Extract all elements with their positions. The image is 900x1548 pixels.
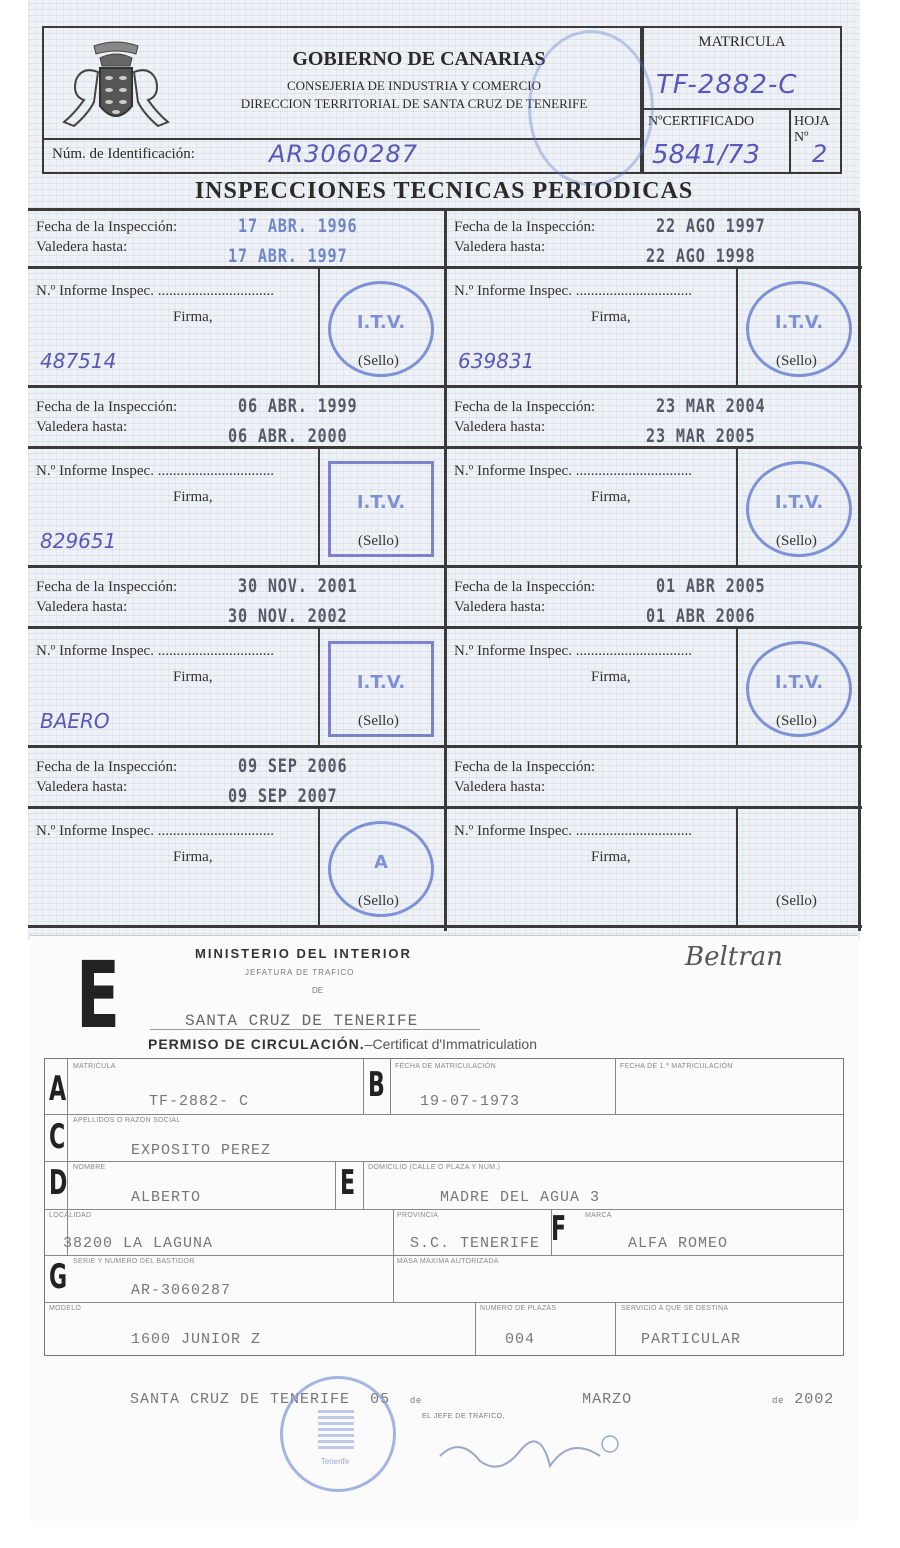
valedera-label: Valedera hasta: xyxy=(36,779,127,796)
divider xyxy=(615,1302,616,1355)
divider xyxy=(67,1059,68,1255)
inspection-dates-row: Fecha de la Inspección: Valedera hasta: … xyxy=(28,751,444,809)
inspection-date: 09 SEP 2006 xyxy=(238,755,347,777)
informe-label: N.º Informe Inspec. ....................… xyxy=(454,283,692,300)
blue-seal-icon xyxy=(528,30,654,186)
informe-label: N.º Informe Inspec. ....................… xyxy=(36,823,274,840)
valedera-label: Valedera hasta: xyxy=(36,419,127,436)
field-value-localidad: 38200 LA LAGUNA xyxy=(63,1235,213,1252)
firma-label: Firma, xyxy=(591,309,631,326)
field-value-provincia: S.C. TENERIFE xyxy=(410,1235,540,1252)
seal-text: Tenerife xyxy=(283,1457,387,1466)
report-number: 639831 xyxy=(458,349,534,373)
divider xyxy=(318,629,320,745)
vehicle-data-table: A B C D E F G MATRICULA FECHA DE MATRICU… xyxy=(44,1058,844,1356)
permiso-circulacion-card: E MINISTERIO DEL INTERIOR JEFATURA DE TR… xyxy=(30,935,858,1521)
matricula-label: MATRICULA xyxy=(644,34,840,51)
informe-label: N.º Informe Inspec. ....................… xyxy=(36,643,274,660)
divider xyxy=(736,809,738,925)
itv-stamp-icon: I.T.V. xyxy=(328,461,434,557)
divider xyxy=(318,449,320,565)
field-label-plazas: NUMERO DE PLAZAS xyxy=(480,1305,556,1312)
category-letter: E xyxy=(76,942,120,1049)
fecha-label: Fecha de la Inspección: xyxy=(36,579,177,596)
sello-label: (Sello) xyxy=(776,893,817,910)
row-letter-g: G xyxy=(49,1257,67,1297)
report-number: 829651 xyxy=(40,529,116,553)
stamp-text: I.T.V. xyxy=(331,672,431,693)
de-label: DE xyxy=(312,986,323,995)
field-value-nombre: ALBERTO xyxy=(131,1189,201,1206)
informe-label: N.º Informe Inspec. ....................… xyxy=(454,823,692,840)
divider xyxy=(393,1209,394,1302)
valedera-label: Valedera hasta: xyxy=(454,779,545,796)
stamp-text: I.T.V. xyxy=(331,312,431,333)
fecha-label: Fecha de la Inspección: xyxy=(36,219,177,236)
jefatura-label: JEFATURA DE TRAFICO xyxy=(245,968,354,977)
inspection-dates-row: Fecha de la Inspección: Valedera hasta: … xyxy=(446,211,862,269)
field-value-fecha-matriculacion: 19-07-1973 xyxy=(420,1093,520,1110)
divider xyxy=(615,1059,616,1114)
row-letter-a: A xyxy=(49,1069,66,1109)
informe-label: N.º Informe Inspec. ....................… xyxy=(36,463,274,480)
firma-label: Firma, xyxy=(591,489,631,506)
field-label-masa: MASA MAXIMA AUTORIZADA xyxy=(397,1258,499,1265)
firma-label: Firma, xyxy=(591,669,631,686)
field-value-marca: ALFA ROMEO xyxy=(628,1235,728,1252)
divider xyxy=(45,1302,843,1303)
issue-year: 2002 xyxy=(794,1391,834,1408)
field-label-localidad: LOCALIDAD xyxy=(49,1212,91,1219)
trafico-seal-icon: Tenerife xyxy=(280,1376,396,1492)
informe-label: N.º Informe Inspec. ....................… xyxy=(36,283,274,300)
row-letter-e: E xyxy=(340,1163,355,1203)
field-label-modelo: MODELO xyxy=(49,1305,81,1312)
row-letter-b: B xyxy=(368,1065,385,1105)
fecha-label: Fecha de la Inspección: xyxy=(454,579,595,596)
field-label-bastidor: SERIE Y NUMERO DEL BASTIDOR xyxy=(73,1258,195,1265)
divider xyxy=(45,1114,843,1115)
inspection-date: 01 ABR 2005 xyxy=(656,575,765,597)
valid-until-date: 06 ABR. 2000 xyxy=(228,425,347,447)
valedera-label: Valedera hasta: xyxy=(36,239,127,256)
row-letter-c: C xyxy=(49,1117,65,1157)
inspection-date: 22 AGO 1997 xyxy=(656,215,765,237)
id-label: Núm. de Identificación: xyxy=(52,146,195,163)
underline xyxy=(150,1029,480,1030)
valid-until-date: 22 AGO 1998 xyxy=(646,245,755,267)
itv-inspection-card: GOBIERNO DE CANARIAS CONSEJERIA DE INDUS… xyxy=(28,0,860,940)
fecha-label: Fecha de la Inspección: xyxy=(36,759,177,776)
divider xyxy=(318,269,320,385)
stamp-text: A xyxy=(331,852,431,873)
field-label-apellidos: APELLIDOS O RAZON SOCIAL xyxy=(73,1117,181,1124)
row-letter-d: D xyxy=(49,1163,67,1203)
informe-label: N.º Informe Inspec. ....................… xyxy=(454,463,692,480)
divider xyxy=(363,1161,364,1209)
firma-label: Firma, xyxy=(173,849,213,866)
divider xyxy=(45,1255,843,1256)
de-label: de xyxy=(410,1395,422,1405)
itv-stamp-icon: A xyxy=(328,821,434,917)
divider xyxy=(736,629,738,745)
office-city: SANTA CRUZ DE TENERIFE xyxy=(185,1012,418,1030)
field-label-domicilio: DOMICILIO (CALLE O PLAZA Y NUM.) xyxy=(368,1164,500,1171)
report-number: BAERO xyxy=(40,709,110,733)
fecha-label: Fecha de la Inspección: xyxy=(454,399,595,416)
itv-stamp-icon: I.T.V. xyxy=(746,641,852,737)
valid-until-date: 17 ABR. 1997 xyxy=(228,245,347,267)
inspection-date: 23 MAR 2004 xyxy=(656,395,765,417)
itv-stamp-icon: I.T.V. xyxy=(746,281,852,377)
field-label-nombre: NOMBRE xyxy=(73,1164,106,1171)
field-label-fecha-matriculacion: FECHA DE MATRICULACIÓN xyxy=(395,1063,496,1070)
field-label-fecha-primera-matriculacion: FECHA DE 1.ª MATRICULACIÓN xyxy=(620,1063,733,1070)
valedera-label: Valedera hasta: xyxy=(454,239,545,256)
inspection-dates-row: Fecha de la Inspección: Valedera hasta: xyxy=(446,751,862,809)
field-value-matricula: TF-2882- C xyxy=(149,1093,249,1110)
signature-icon xyxy=(430,1416,630,1496)
seal-emblem xyxy=(318,1409,354,1449)
field-value-bastidor: AR-3060287 xyxy=(131,1282,231,1299)
inspection-dates-row: Fecha de la Inspección: Valedera hasta: … xyxy=(446,391,862,449)
valid-until-date: 23 MAR 2005 xyxy=(646,425,755,447)
stamp-text: I.T.V. xyxy=(749,672,849,693)
field-value-apellidos: EXPOSITO PEREZ xyxy=(131,1142,271,1159)
inspection-date: 30 NOV. 2001 xyxy=(238,575,357,597)
issue-month: MARZO xyxy=(582,1391,632,1408)
stamp-text: I.T.V. xyxy=(331,492,431,513)
field-label-matricula: MATRICULA xyxy=(73,1063,116,1070)
inspection-date: 17 ABR. 1996 xyxy=(238,215,357,237)
inspection-report-row: N.º Informe Inspec. ....................… xyxy=(446,809,862,928)
matricula-box: MATRICULA TF-2882-C NºCERTIFICADO HOJA N… xyxy=(642,26,842,174)
inspection-dates-row: Fecha de la Inspección: Valedera hasta: … xyxy=(28,571,444,629)
inspection-dates-row: Fecha de la Inspección: Valedera hasta: … xyxy=(28,391,444,449)
certificate-value: 5841/73 xyxy=(652,140,760,170)
informe-label: N.º Informe Inspec. ....................… xyxy=(454,643,692,660)
field-value-plazas: 004 xyxy=(505,1331,535,1348)
valedera-label: Valedera hasta: xyxy=(454,599,545,616)
valedera-label: Valedera hasta: xyxy=(454,419,545,436)
field-value-servicio: PARTICULAR xyxy=(641,1331,741,1348)
firma-label: Firma, xyxy=(173,309,213,326)
divider xyxy=(45,1161,843,1162)
document-subtitle: –Certificat d'Immatriculation xyxy=(365,1036,537,1052)
de-label: de xyxy=(772,1395,784,1405)
section-title: INSPECCIONES TECNICAS PERIODICAS xyxy=(28,178,860,205)
document-title: PERMISO DE CIRCULACIÓN.–Certificat d'Imm… xyxy=(148,1036,537,1052)
divider xyxy=(475,1302,476,1355)
inspection-date: 06 ABR. 1999 xyxy=(238,395,357,417)
stamp-text: I.T.V. xyxy=(749,312,849,333)
valedera-label: Valedera hasta: xyxy=(36,599,127,616)
divider xyxy=(390,1059,391,1114)
inspection-dates-row: Fecha de la Inspección: Valedera hasta: … xyxy=(28,211,444,269)
divider xyxy=(318,809,320,925)
field-label-marca: MARCA xyxy=(585,1212,612,1219)
firma-label: Firma, xyxy=(173,669,213,686)
fecha-label: Fecha de la Inspección: xyxy=(454,219,595,236)
fecha-label: Fecha de la Inspección: xyxy=(36,399,177,416)
id-value: AR3060287 xyxy=(269,140,418,168)
report-number: 487514 xyxy=(40,349,116,373)
stamp-text: I.T.V. xyxy=(749,492,849,513)
itv-stamp-icon: I.T.V. xyxy=(328,281,434,377)
document-title-text: PERMISO DE CIRCULACIÓN. xyxy=(148,1036,365,1052)
fecha-label: Fecha de la Inspección: xyxy=(454,759,595,776)
inspection-cell: Fecha de la Inspección: Valedera hasta: … xyxy=(446,751,862,928)
sheet-value: 2 xyxy=(812,140,827,168)
itv-stamp-icon: I.T.V. xyxy=(746,461,852,557)
certificate-label: NºCERTIFICADO xyxy=(648,114,754,130)
firma-label: Firma, xyxy=(591,849,631,866)
valid-until-date: 30 NOV. 2002 xyxy=(228,605,347,627)
matricula-value: TF-2882-C xyxy=(656,70,798,100)
field-label-provincia: PROVINCIA xyxy=(397,1212,438,1219)
itv-stamp-icon: I.T.V. xyxy=(328,641,434,737)
valid-until-date: 09 SEP 2007 xyxy=(228,785,337,807)
divider xyxy=(789,110,791,174)
divider xyxy=(335,1161,336,1209)
divider xyxy=(736,269,738,385)
certificate-row: NºCERTIFICADO HOJA Nº 5841/73 2 xyxy=(644,108,840,174)
row-letter-f: F xyxy=(551,1209,566,1249)
firma-label: Firma, xyxy=(173,489,213,506)
handwritten-note: Beltran xyxy=(685,942,783,972)
inspection-dates-row: Fecha de la Inspección: Valedera hasta: … xyxy=(446,571,862,629)
valid-until-date: 01 ABR 2006 xyxy=(646,605,755,627)
ministry-title: MINISTERIO DEL INTERIOR xyxy=(195,946,412,961)
divider xyxy=(363,1059,364,1114)
inspections-grid: Fecha de la Inspección: Valedera hasta: … xyxy=(28,208,860,931)
issue-place-date: SANTA CRUZ DE TENERIFE 05 de MARZO de 20… xyxy=(130,1391,834,1408)
field-value-modelo: 1600 JUNIOR Z xyxy=(131,1331,261,1348)
divider xyxy=(45,1209,843,1210)
field-value-domicilio: MADRE DEL AGUA 3 xyxy=(440,1189,600,1206)
canarias-coat-of-arms-icon xyxy=(54,36,178,136)
field-label-servicio: SERVICIO A QUE SE DESTINA xyxy=(621,1305,728,1312)
divider xyxy=(736,449,738,565)
